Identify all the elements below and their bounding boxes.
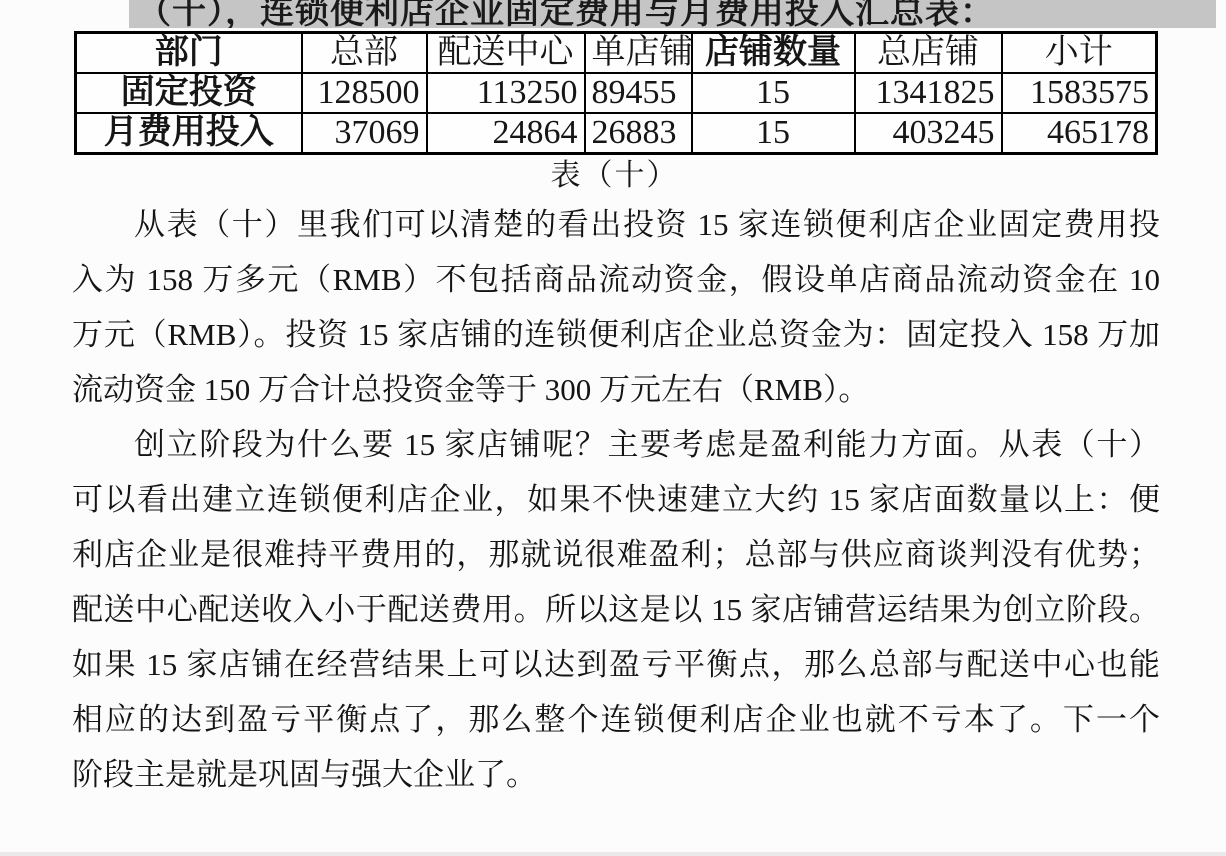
cell-headquarters: 37069 — [302, 113, 427, 154]
row-label: 固定投资 — [76, 73, 302, 113]
cell-total-stores: 403245 — [855, 113, 1002, 154]
header-headquarters: 总部 — [302, 33, 427, 74]
header-single-store: 单店铺 — [585, 33, 692, 74]
header-department: 部门 — [76, 33, 302, 74]
document-page: （十），连锁便利店企业固定费用与月费用投入汇总表： 部门 总部 配送中心 单店铺… — [0, 0, 1226, 856]
cell-store-count: 15 — [692, 113, 855, 154]
paragraph-2-line-2: 可以看出建立连锁便利店企业，如果不快速建立大约 15 家店面数量以上：便 — [72, 472, 1160, 527]
cell-subtotal: 1583575 — [1002, 73, 1157, 113]
bottom-edge-strip — [0, 852, 1226, 856]
cell-distribution-center: 113250 — [427, 73, 585, 113]
row-label: 月费用投入 — [76, 113, 302, 154]
paragraph-1-line-1: 从表（十）里我们可以清楚的看出投资 15 家连锁便利店企业固定费用投 — [72, 197, 1160, 252]
clipped-heading-text: （十），连锁便利店企业固定费用与月费用投入汇总表： — [129, 0, 1216, 28]
cell-distribution-center: 24864 — [427, 113, 585, 154]
paragraph-1-line-4: 流动资金 150 万合计总投资金等于 300 万元左右（RMB）。 — [72, 362, 1160, 417]
header-distribution-center: 配送中心 — [427, 33, 585, 74]
paragraph-1-line-3: 万元（RMB）。投资 15 家店铺的连锁便利店企业总资金为：固定投入 158 万… — [72, 307, 1160, 362]
cell-single-store: 26883 — [585, 113, 692, 154]
cell-subtotal: 465178 — [1002, 113, 1157, 154]
paragraph-2-line-7: 阶段主是就是巩固与强大企业了。 — [72, 747, 1160, 802]
paragraph-2-line-1: 创立阶段为什么要 15 家店铺呢？主要考虑是盈利能力方面。从表（十） — [72, 417, 1160, 472]
header-total-stores: 总店铺 — [855, 33, 1002, 74]
cell-single-store: 89455 — [585, 73, 692, 113]
header-subtotal: 小计 — [1002, 33, 1157, 74]
table-row-fixed-investment: 固定投资 128500 113250 89455 15 1341825 1583… — [76, 73, 1157, 113]
cell-headquarters: 128500 — [302, 73, 427, 113]
paragraph-2-line-6: 相应的达到盈亏平衡点了，那么整个连锁便利店企业也就不亏本了。下一个 — [72, 692, 1160, 747]
table-caption: 表（十） — [74, 150, 1155, 194]
cell-total-stores: 1341825 — [855, 73, 1002, 113]
cell-store-count: 15 — [692, 73, 855, 113]
table-row-monthly-cost: 月费用投入 37069 24864 26883 15 403245 465178 — [76, 113, 1157, 154]
investment-summary-table: 部门 总部 配送中心 单店铺 店铺数量 总店铺 小计 固定投资 128500 1… — [74, 31, 1158, 155]
paragraph-2-line-5: 如果 15 家店铺在经营结果上可以达到盈亏平衡点，那么总部与配送中心也能 — [72, 637, 1160, 692]
paragraph-2-line-3: 利店企业是很难持平费用的，那就说很难盈利；总部与供应商谈判没有优势； — [72, 527, 1160, 582]
paragraph-1-line-2: 入为 158 万多元（RMB）不包括商品流动资金，假设单店商品流动资金在 10 — [72, 252, 1160, 307]
header-store-count: 店铺数量 — [692, 33, 855, 74]
body-text: 从表（十）里我们可以清楚的看出投资 15 家连锁便利店企业固定费用投 入为 15… — [72, 197, 1160, 802]
paragraph-2-line-4: 配送中心配送收入小于配送费用。所以这是以 15 家店铺营运结果为创立阶段。 — [72, 582, 1160, 637]
table-header-row: 部门 总部 配送中心 单店铺 店铺数量 总店铺 小计 — [76, 33, 1157, 74]
clipped-heading-bar: （十），连锁便利店企业固定费用与月费用投入汇总表： — [129, 0, 1216, 28]
